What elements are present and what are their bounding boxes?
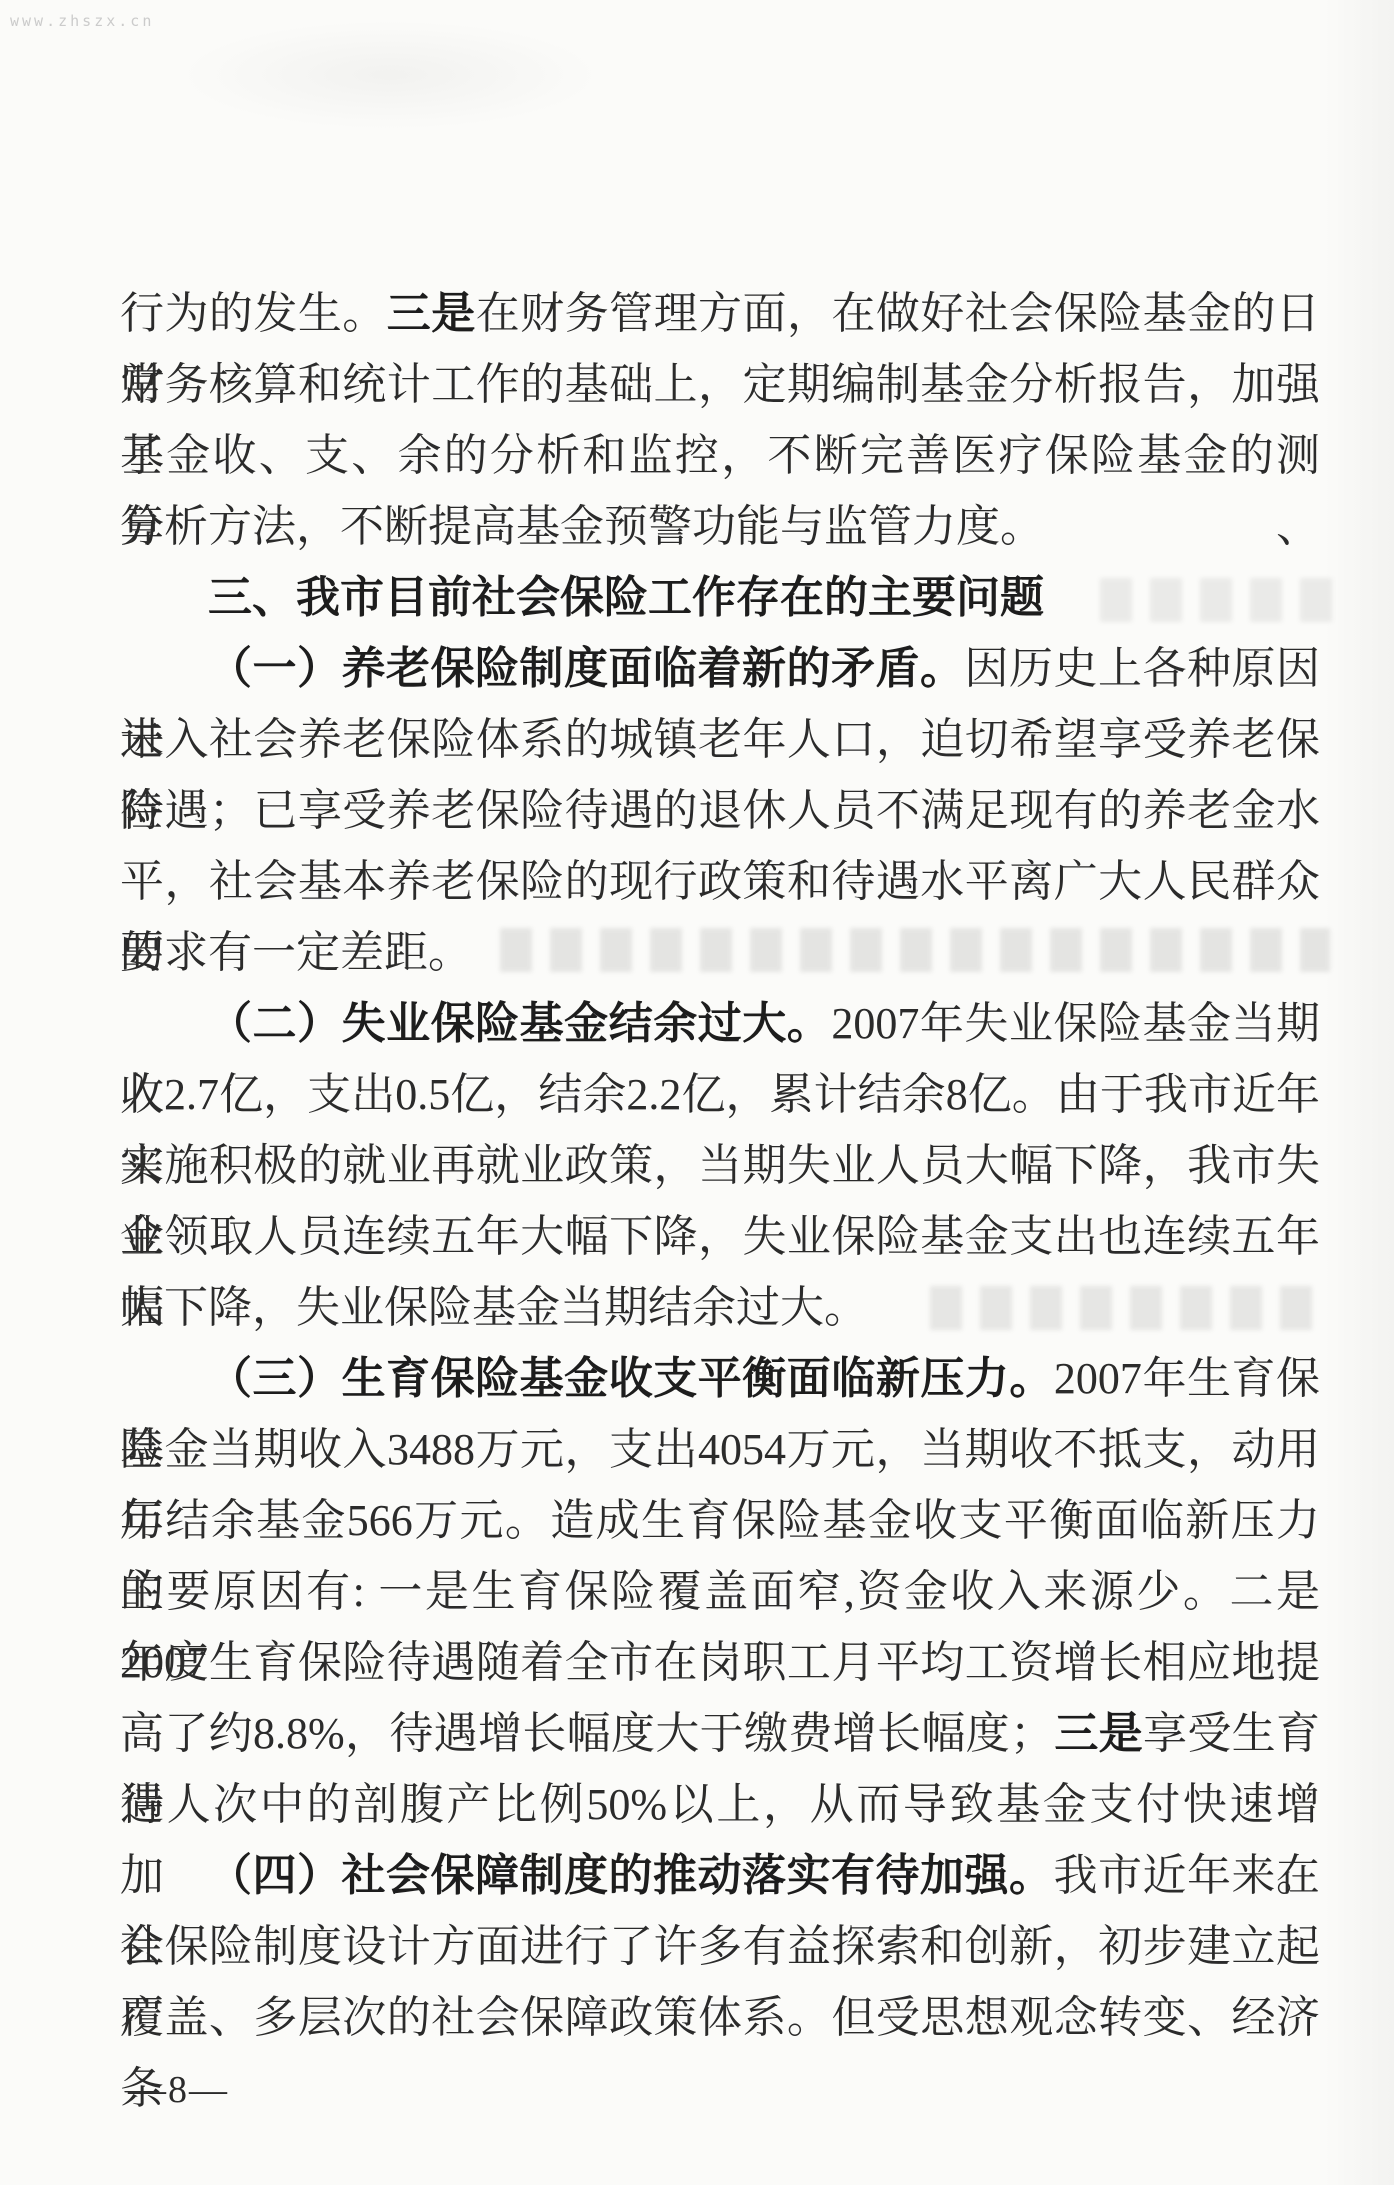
text-run: 幅下降，失业保险基金当期结余过大。 bbox=[120, 1283, 868, 1332]
text-run: 要求有一定差距。 bbox=[120, 928, 472, 977]
bold-text-run: 三是 bbox=[387, 289, 476, 338]
text-line: 高了约8.8%，待遇增长幅度大于缴费增长幅度；三是享受生育待 bbox=[120, 1698, 1320, 1769]
bold-text-run: 三、我市目前社会保险工作存在的主要问题 bbox=[208, 573, 1044, 622]
text-line: （四）社会保障制度的推动落实有待加强。我市近年来在社 bbox=[120, 1840, 1320, 1911]
text-line: 基金收、支、余的分析和监控，不断完善医疗保险基金的测算、 bbox=[120, 420, 1320, 491]
text-line: （二）失业保险基金结余过大。2007年失业保险基金当期收 bbox=[120, 988, 1320, 1059]
text-line: 平，社会基本养老保险的现行政策和待遇水平离广大人民群众的 bbox=[120, 846, 1320, 917]
bold-text-run: （一）养老保险制度面临着新的矛盾。 bbox=[208, 644, 965, 693]
scanned-document-page: www.zhszx.cn 行为的发生。三是在财务管理方面，在做好社会保险基金的日… bbox=[0, 0, 1394, 2185]
text-run: 高了约8.8%，待遇增长幅度大于缴费增长幅度； bbox=[120, 1709, 1054, 1758]
text-line: （一）养老保险制度面临着新的矛盾。因历史上各种原因未 bbox=[120, 633, 1320, 704]
text-line: 入2.7亿，支出0.5亿，结余2.2亿，累计结余8亿。由于我市近年来 bbox=[120, 1059, 1320, 1130]
text-line: 金领取人员连续五年大幅下降，失业保险基金支出也连续五年大 bbox=[120, 1201, 1320, 1272]
bold-text-run: （四）社会保障制度的推动落实有待加强。 bbox=[208, 1851, 1054, 1900]
text-line: 实施积极的就业再就业政策，当期失业人员大幅下降，我市失业 bbox=[120, 1130, 1320, 1201]
bold-text-run: 三是 bbox=[1054, 1709, 1143, 1758]
scan-edge-shadow bbox=[1324, 0, 1394, 2185]
page-number: —8— bbox=[128, 2068, 229, 2112]
text-line: 行为的发生。三是在财务管理方面，在做好社会保险基金的日常 bbox=[120, 278, 1320, 349]
text-run: 覆盖、多层次的社会保障政策体系。但受思想观念转变、经济条 bbox=[120, 1993, 1320, 2113]
text-line: 基金当期收入3488万元，支出4054万元，当期收不抵支，动用历 bbox=[120, 1414, 1320, 1485]
bold-text-run: （二）失业保险基金结余过大。 bbox=[208, 999, 831, 1048]
text-run: 年度生育保险待遇随着全市在岗职工月平均工资增长相应地提 bbox=[120, 1638, 1320, 1687]
text-line: 年度生育保险待遇随着全市在岗职工月平均工资增长相应地提 bbox=[120, 1627, 1320, 1698]
text-line: 遇人次中的剖腹产比例50%以上，从而导致基金支付快速增加。 bbox=[120, 1769, 1320, 1840]
text-run: 分析方法，不断提高基金预警功能与监管力度。 bbox=[120, 502, 1044, 551]
text-run: 待遇；已享受养老保险待遇的退休人员不满足现有的养老金水 bbox=[120, 786, 1320, 835]
text-line: （三）生育保险基金收支平衡面临新压力。2007年生育保险 bbox=[120, 1343, 1320, 1414]
section-heading: 三、我市目前社会保险工作存在的主要问题 bbox=[120, 562, 1320, 633]
document-body: 行为的发生。三是在财务管理方面，在做好社会保险基金的日常财务核算和统计工作的基础… bbox=[120, 278, 1320, 2053]
text-line: 主要原因有: 一是生育保险覆盖面窄,资金收入来源少。二是2007 bbox=[120, 1556, 1320, 1627]
text-line: 会保险制度设计方面进行了许多有益探索和创新，初步建立起广 bbox=[120, 1911, 1320, 1982]
text-line: 覆盖、多层次的社会保障政策体系。但受思想观念转变、经济条 bbox=[120, 1982, 1320, 2053]
text-line: 幅下降，失业保险基金当期结余过大。 bbox=[120, 1272, 1320, 1343]
text-line: 年结余基金566万元。造成生育保险基金收支平衡面临新压力的 bbox=[120, 1485, 1320, 1556]
text-line: 要求有一定差距。 bbox=[120, 917, 1320, 988]
bold-text-run: （三）生育保险基金收支平衡面临新压力。 bbox=[208, 1354, 1054, 1403]
text-run: 行为的发生。 bbox=[120, 289, 387, 338]
text-line: 财务核算和统计工作的基础上，定期编制基金分析报告，加强了 bbox=[120, 349, 1320, 420]
text-line: 进入社会养老保险体系的城镇老年人口，迫切希望享受养老保险 bbox=[120, 704, 1320, 775]
text-line: 待遇；已享受养老保险待遇的退休人员不满足现有的养老金水 bbox=[120, 775, 1320, 846]
scan-shade-artifact bbox=[180, 20, 600, 130]
watermark: www.zhszx.cn bbox=[10, 12, 154, 30]
